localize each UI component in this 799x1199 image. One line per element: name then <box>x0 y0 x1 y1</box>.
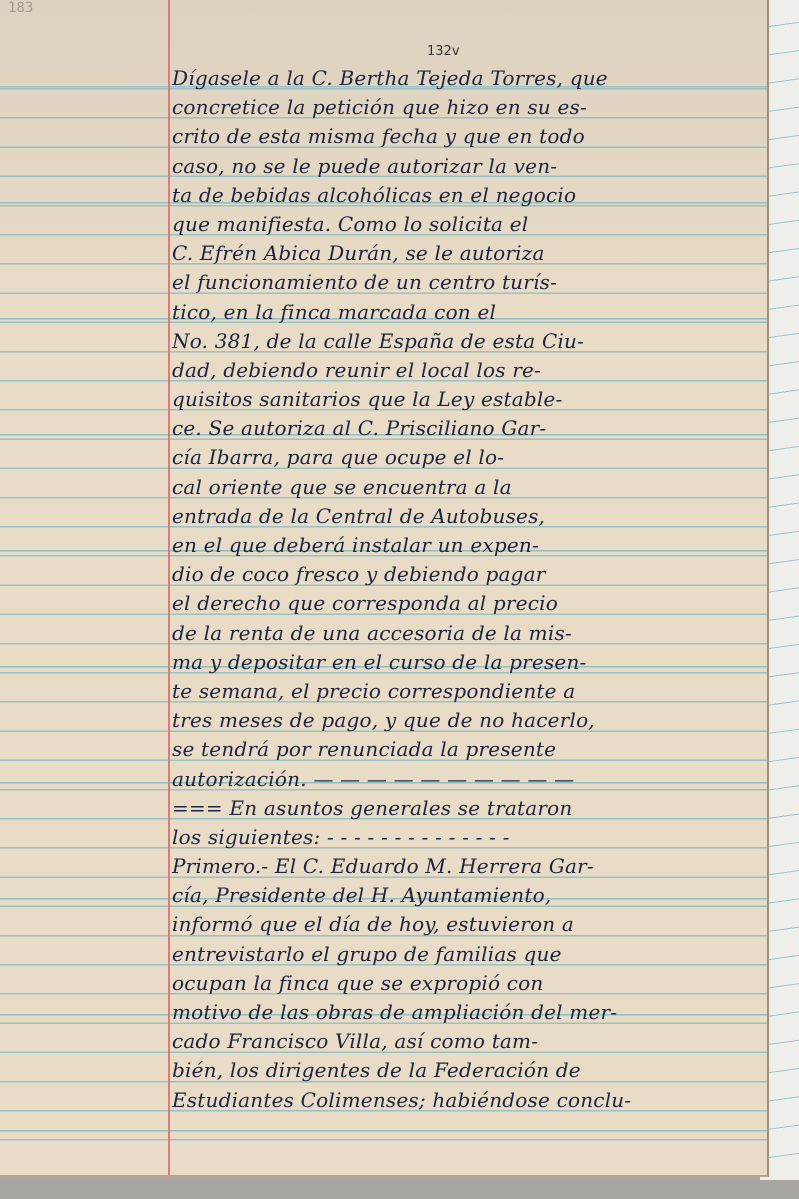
text-line: dad, debiendo reunir el local los re- <box>172 356 764 385</box>
text-line: crito de esta misma fecha y que en todo <box>172 122 764 151</box>
text-line: entrada de la Central de Autobuses, <box>172 502 764 531</box>
text-line: bién, los dirigentes de la Federación de <box>172 1056 764 1085</box>
text-line: tres meses de pago, y que de no hacerlo, <box>172 706 764 735</box>
text-line: Primero.- El C. Eduardo M. Herrera Gar- <box>172 852 764 881</box>
text-line: entrevistarlo el grupo de familias que <box>172 940 764 969</box>
corner-page-number: 183 <box>8 0 33 16</box>
text-line: informó que el día de hoy, estuvieron a <box>172 910 764 939</box>
text-line: los siguientes: - - - - - - - - - - - - … <box>172 823 764 852</box>
handwritten-text: Dígasele a la C. Bertha Tejeda Torres, q… <box>172 64 764 1115</box>
ledger-page: 183 132v Dígasele a la C. Bertha Tejeda … <box>0 0 769 1177</box>
text-line: ma y depositar en el curso de la presen- <box>172 648 764 677</box>
text-line: concretice la petición que hizo en su es… <box>172 93 764 122</box>
text-line: cía Ibarra, para que ocupe el lo- <box>172 443 764 472</box>
text-line: dio de coco fresco y debiendo pagar <box>172 560 764 589</box>
text-line: cado Francisco Villa, así como tam- <box>172 1027 764 1056</box>
text-line: ta de bebidas alcohólicas en el negocio <box>172 181 764 210</box>
text-line: de la renta de una accesoria de la mis- <box>172 619 764 648</box>
text-line: tico, en la finca marcada con el <box>172 298 764 327</box>
text-line: ce. Se autoriza al C. Prisciliano Gar- <box>172 414 764 443</box>
text-line: caso, no se le puede autorizar la ven- <box>172 152 764 181</box>
text-line: cal oriente que se encuentra a la <box>172 473 764 502</box>
red-margin-line <box>168 0 170 1175</box>
text-line: el derecho que corresponda al precio <box>172 589 764 618</box>
text-line: autorización. — — — — — — — — — — <box>172 765 764 794</box>
text-line: quisitos sanitarios que la Ley estable- <box>172 385 764 414</box>
text-line: motivo de las obras de ampliación del me… <box>172 998 764 1027</box>
text-line: Dígasele a la C. Bertha Tejeda Torres, q… <box>172 64 764 93</box>
text-line: en el que deberá instalar un expen- <box>172 531 764 560</box>
text-line: No. 381, de la calle España de esta Ciu- <box>172 327 764 356</box>
text-line: Estudiantes Colimenses; habiéndose concl… <box>172 1086 764 1115</box>
text-line: te semana, el precio correspondiente a <box>172 677 764 706</box>
text-line: ocupan la finca que se expropió con <box>172 969 764 998</box>
folio-number: 132v <box>427 44 460 59</box>
text-line: cía, Presidente del H. Ayuntamiento, <box>172 881 764 910</box>
text-line: que manifiesta. Como lo solicita el <box>172 210 764 239</box>
text-line: === En asuntos generales se trataron <box>172 794 764 823</box>
text-line: C. Efrén Abica Durán, se le autoriza <box>172 239 764 268</box>
text-line: el funcionamiento de un centro turís- <box>172 268 764 297</box>
text-line: se tendrá por renunciada la presente <box>172 735 764 764</box>
